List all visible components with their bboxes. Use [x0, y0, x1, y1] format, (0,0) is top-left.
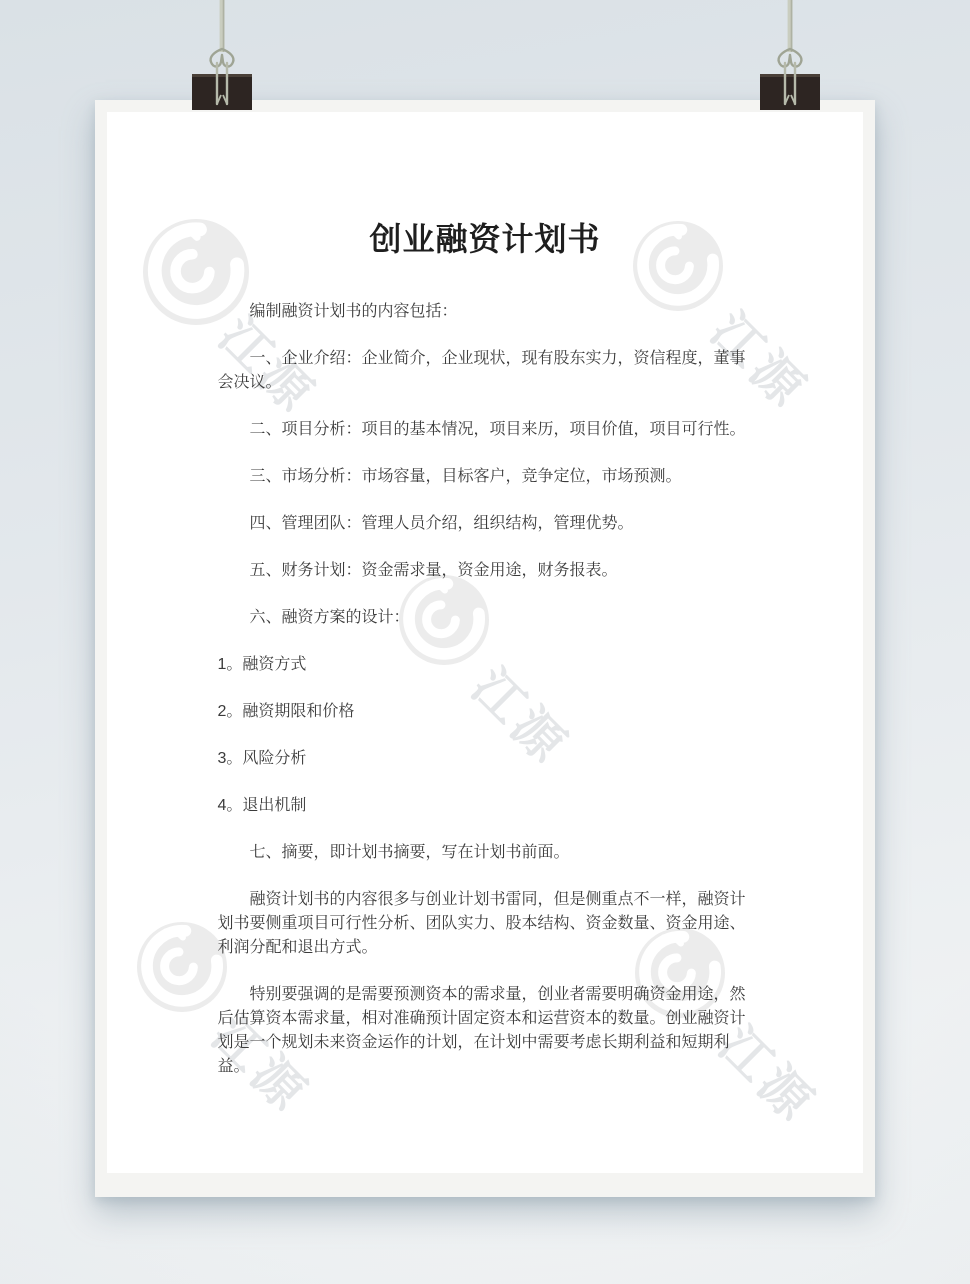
list-item-4: 4。退出机制 [218, 794, 753, 818]
clip-body [192, 74, 252, 110]
paragraph-intro: 编制融资计划书的内容包括： [218, 300, 753, 324]
paragraph-item-4: 四、管理团队：管理人员介绍，组织结构，管理优势。 [218, 512, 753, 536]
paragraph-item-6: 六、融资方案的设计： [218, 606, 753, 630]
clip-body [760, 74, 820, 110]
binder-clip-right [755, 0, 825, 112]
binder-clip-icon [755, 0, 825, 112]
paragraph-note-2: 特别要强调的是需要预测资本的需求量，创业者需要明确资金用途，然后估算资本需求量，… [218, 983, 753, 1079]
list-item-2: 2。融资期限和价格 [218, 700, 753, 724]
list-item-1: 1。融资方式 [218, 653, 753, 677]
binder-clip-left [187, 0, 257, 112]
watermark-logo-icon [137, 922, 227, 1012]
paragraph-item-2: 二、项目分析：项目的基本情况，项目来历，项目价值，项目可行性。 [218, 418, 753, 442]
paragraph-item-1: 一、企业介绍：企业简介，企业现状，现有股东实力，资信程度，董事会决议。 [218, 347, 753, 395]
document-content: 创业融资计划书 编制融资计划书的内容包括： 一、企业介绍：企业简介，企业现状，现… [218, 112, 753, 1079]
paragraph-item-7: 七、摘要，即计划书摘要，写在计划书前面。 [218, 841, 753, 865]
document-title: 创业融资计划书 [218, 220, 753, 258]
binder-clip-icon [187, 0, 257, 112]
paragraph-note-1: 融资计划书的内容很多与创业计划书雷同，但是侧重点不一样，融资计划书要侧重项目可行… [218, 888, 753, 960]
document-page: 江源 江源 江源 [107, 112, 863, 1173]
paper-sheet: 江源 江源 江源 [95, 100, 875, 1197]
paragraph-item-5: 五、财务计划：资金需求量，资金用途，财务报表。 [218, 559, 753, 583]
paragraph-item-3: 三、市场分析：市场容量，目标客户，竞争定位，市场预测。 [218, 465, 753, 489]
list-item-3: 3。风险分析 [218, 747, 753, 771]
